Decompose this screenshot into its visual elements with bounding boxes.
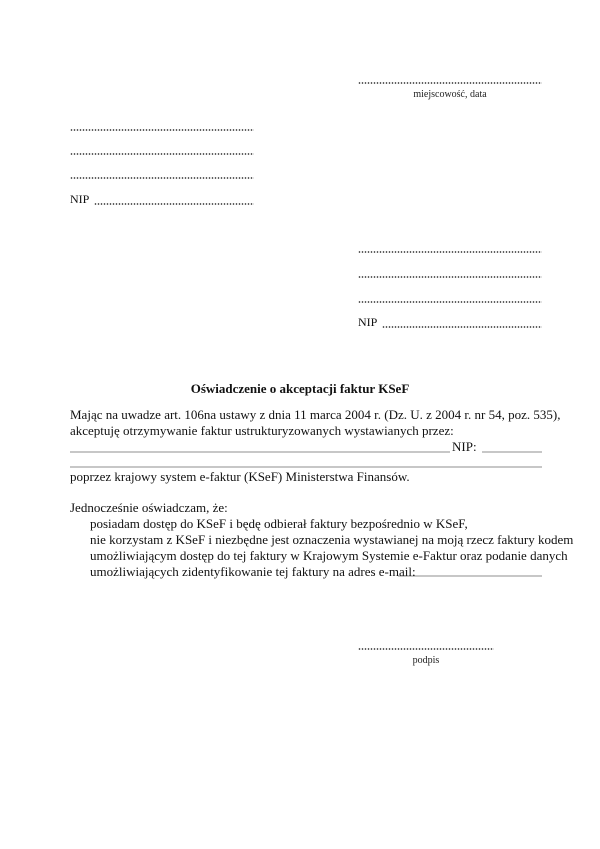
document-title: Oświadczenie o akceptacji faktur KSeF (0, 381, 600, 397)
recipient-line-3[interactable] (358, 301, 542, 303)
sender-line-3[interactable] (70, 177, 254, 179)
intro-line-1: Mając na uwadze art. 106na ustawy z dnia… (70, 407, 560, 422)
signature-caption: podpis (358, 655, 494, 666)
signature-field[interactable] (358, 648, 494, 650)
place-date-caption: miejscowość, data (358, 89, 542, 100)
sender-line-2[interactable] (70, 153, 254, 155)
sender-nip-field[interactable] (94, 203, 254, 205)
intro-line-3: poprzez krajowy system e-faktur (KSeF) M… (70, 469, 410, 484)
recipient-nip-label: NIP (358, 315, 377, 330)
place-date-field[interactable] (358, 82, 542, 84)
declaration-item-1: posiadam dostęp do KSeF i będę odbierał … (90, 516, 468, 531)
recipient-line-2[interactable] (358, 276, 542, 278)
issuer-address-field[interactable] (70, 466, 542, 468)
issuer-name-field[interactable] (70, 451, 450, 453)
declaration-item-2-cont: umożliwiającym dostęp do tej faktury w K… (90, 548, 568, 563)
issuer-nip-label: NIP: (450, 439, 479, 455)
recipient-line-1[interactable] (358, 251, 542, 253)
sender-nip-label: NIP (70, 192, 89, 207)
sender-line-1[interactable] (70, 129, 254, 131)
declaration-item-2-email: umożliwiających zidentyfikowanie tej fak… (90, 564, 416, 579)
email-field[interactable] (398, 575, 542, 577)
declaration-item-2: nie korzystam z KSeF i niezbędne jest oz… (90, 532, 573, 547)
recipient-nip-field[interactable] (382, 326, 542, 328)
intro-line-2: akceptuję otrzymywanie faktur ustruktury… (70, 423, 454, 438)
declaration-lead: Jednocześnie oświadczam, że: (70, 500, 228, 515)
issuer-nip-field[interactable] (482, 451, 542, 453)
